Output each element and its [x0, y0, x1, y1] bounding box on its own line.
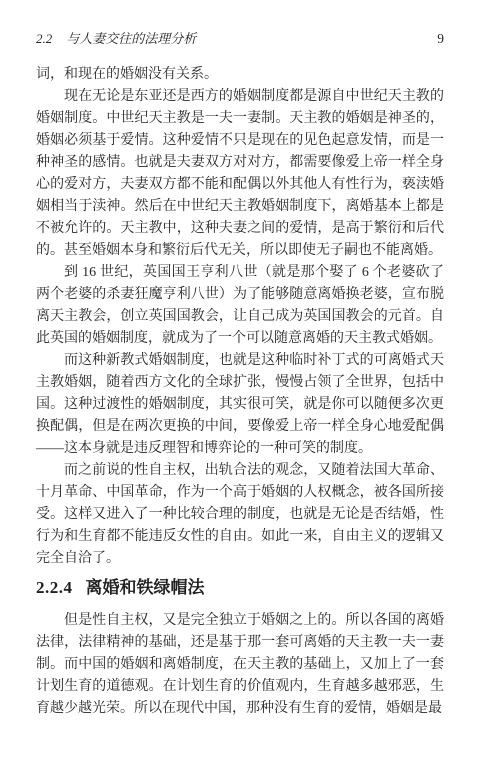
section-number: 2.2 [36, 31, 52, 46]
subsection-number: 2.2.4 [36, 578, 73, 597]
subsection-title: 离婚和铁绿帽法 [86, 578, 205, 597]
paragraph-continuation: 词，和现在的婚姻没有关系。 [36, 64, 444, 86]
paragraph: 到 16 世纪，英国国王亨利八世（就是那个娶了 6 个老婆砍了两个老婆的杀妻狂魔… [36, 262, 444, 350]
book-page: 2.2与人妻交往的法理分析 9 词，和现在的婚姻没有关系。 现在无论是东亚还是西… [0, 0, 480, 768]
paragraph: 但是性自主权，又是完全独立于婚姻之上的。所以各国的离婚法律，法律精神的基础，还是… [36, 610, 444, 720]
page-number: 9 [437, 31, 444, 46]
paragraph: 现在无论是东亚还是西方的婚姻制度都是源自中世纪天主教的婚姻制度。中世纪天主教是一… [36, 86, 444, 262]
running-header-section: 2.2与人妻交往的法理分析 [36, 31, 196, 46]
running-header: 2.2与人妻交往的法理分析 9 [36, 31, 444, 46]
section-title: 与人妻交往的法理分析 [66, 31, 196, 46]
paragraph: 而这种新教式婚姻制度，也就是这种临时补丁式的可离婚式天主教婚姻，随着西方文化的全… [36, 350, 444, 460]
subsection-heading: 2.2.4离婚和铁绿帽法 [36, 577, 444, 599]
paragraph: 而之前说的性自主权，出轨合法的观念，又随着法国大革命、十月革命、中国革命，作为一… [36, 460, 444, 570]
